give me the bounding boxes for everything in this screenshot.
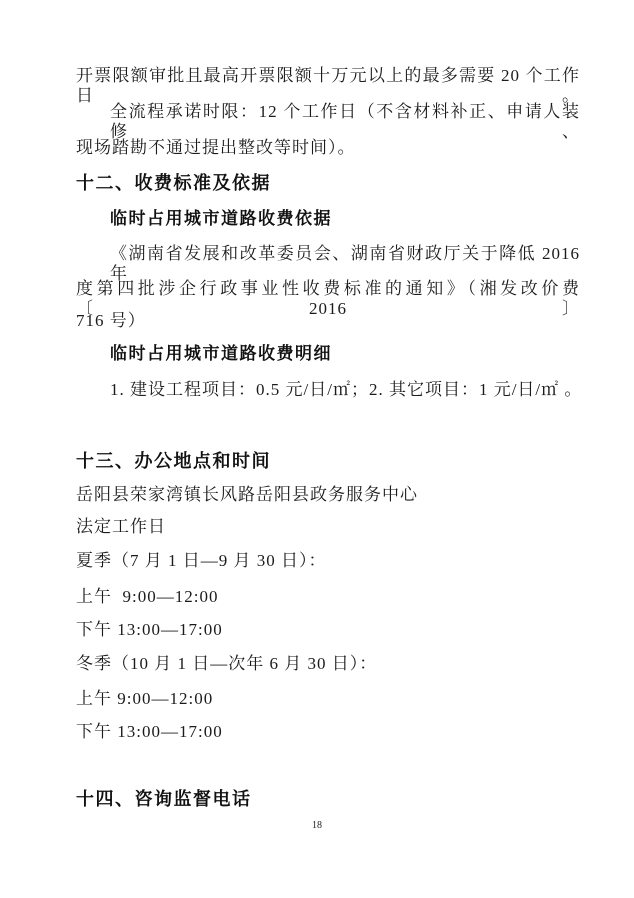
section-heading-office: 十三、办公地点和时间: [76, 451, 271, 471]
fee-basis-title: 临时占用城市道路收费依据: [110, 209, 332, 229]
office-address-line: 岳阳县荣家湾镇长风路岳阳县政务服务中心: [76, 485, 418, 505]
summer-schedule-label: 夏季（7 月 1 日—9 月 30 日）：: [76, 551, 327, 571]
paragraph-promise-line-1: 全流程承诺时限：12 个工作日（不含材料补正、申请人装修、: [110, 102, 580, 142]
summer-afternoon-hours: 下午 13:00—17:00: [76, 620, 223, 640]
fee-basis-line-2: 度第四批涉企行政事业性收费标准的通知》（湘发改价费〔2016〕: [76, 279, 580, 319]
paragraph-promise-line-2: 现场踏勘不通过提出整改等时间）。: [76, 138, 356, 158]
fee-detail-title: 临时占用城市道路收费明细: [110, 344, 332, 364]
winter-afternoon-hours: 下午 13:00—17:00: [76, 722, 223, 742]
winter-morning-hours: 上午 9:00—12:00: [76, 689, 213, 709]
fee-basis-line-3: 716 号）: [76, 311, 146, 331]
document-page: 开票限额审批且最高开票限额十万元以上的最多需要 20 个工作日。 全流程承诺时限…: [0, 0, 634, 898]
paragraph-invoice-limit-line: 开票限额审批且最高开票限额十万元以上的最多需要 20 个工作日。: [76, 66, 580, 106]
fee-detail-line: 1. 建设工程项目：0.5 元/日/㎡；2. 其它项目：1 元/日/㎡ 。: [110, 380, 582, 400]
winter-schedule-label: 冬季（10 月 1 日—次年 6 月 30 日）：: [76, 654, 377, 674]
page-number: 18: [0, 820, 634, 831]
summer-morning-hours: 上午 9:00—12:00: [76, 587, 218, 607]
section-heading-fees: 十二、收费标准及依据: [76, 173, 271, 193]
fee-basis-line-1: 《湖南省发展和改革委员会、湖南省财政厅关于降低 2016 年: [110, 244, 580, 284]
section-heading-phone: 十四、咨询监督电话: [76, 789, 252, 809]
legal-workday-line: 法定工作日: [76, 517, 166, 537]
